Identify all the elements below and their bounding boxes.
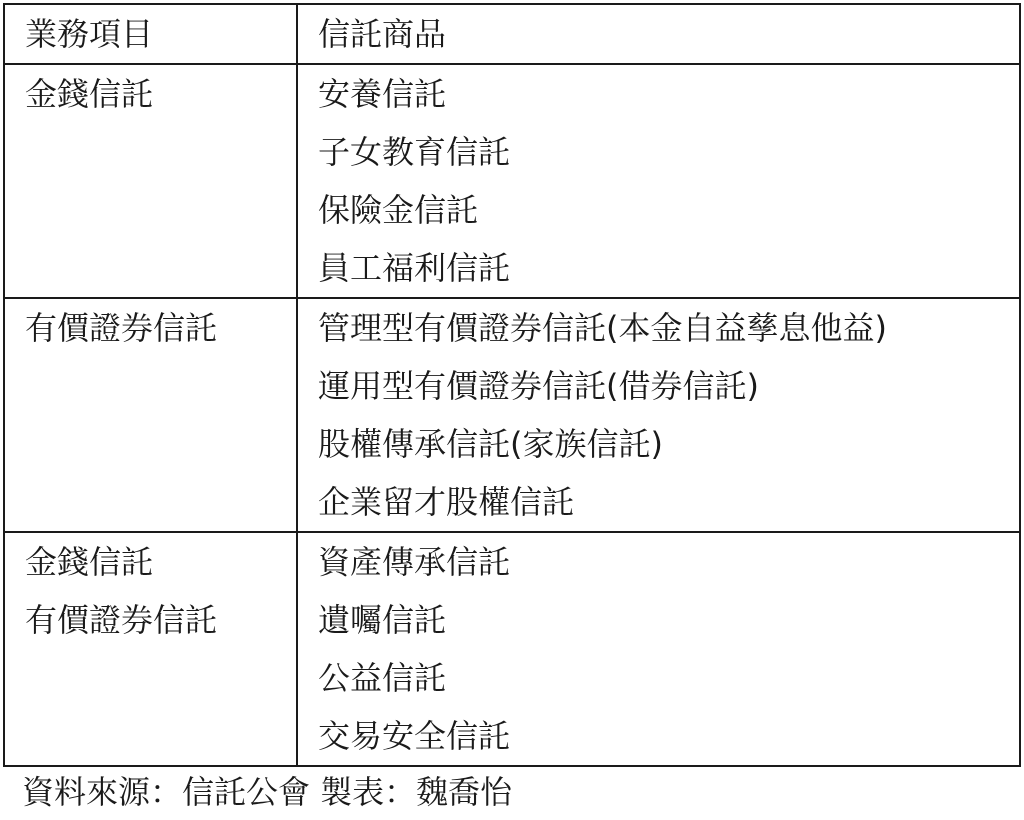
product-item: 股權傳承信託(家族信託) [318, 415, 1019, 473]
product-item: 交易安全信託 [318, 707, 1019, 765]
product-item: 企業留才股權信託 [318, 473, 1019, 531]
category-label: 有價證券信託 [25, 299, 296, 357]
product-item: 保險金信託 [318, 181, 1019, 239]
products-cell: 資產傳承信託 遺囑信託 公益信託 交易安全信託 [297, 532, 1020, 766]
table-row: 金錢信託 有價證券信託 資產傳承信託 遺囑信託 公益信託 交易安全信託 [4, 532, 1020, 766]
category-cell: 金錢信託 有價證券信託 [4, 532, 297, 766]
header-label: 信託商品 [318, 5, 1019, 63]
header-business-item: 業務項目 [4, 4, 297, 64]
product-item: 管理型有價證券信託(本金自益孳息他益) [318, 299, 1019, 357]
header-trust-products: 信託商品 [297, 4, 1020, 64]
category-label: 金錢信託 [25, 533, 296, 591]
table-header-row: 業務項目 信託商品 [4, 4, 1020, 64]
products-cell: 安養信託 子女教育信託 保險金信託 員工福利信託 [297, 64, 1020, 298]
category-cell: 有價證券信託 [4, 298, 297, 532]
product-item: 遺囑信託 [318, 591, 1019, 649]
category-label: 金錢信託 [25, 65, 296, 123]
trust-products-table: 業務項目 信託商品 金錢信託 安養信託 子女教育信託 保險金信託 員工福利信託 … [3, 3, 1021, 767]
table-row: 有價證券信託 管理型有價證券信託(本金自益孳息他益) 運用型有價證券信託(借券信… [4, 298, 1020, 532]
category-label: 有價證券信託 [25, 591, 296, 649]
product-item: 資產傳承信託 [318, 533, 1019, 591]
product-item: 安養信託 [318, 65, 1019, 123]
header-label: 業務項目 [25, 5, 296, 63]
products-cell: 管理型有價證券信託(本金自益孳息他益) 運用型有價證券信託(借券信託) 股權傳承… [297, 298, 1020, 532]
product-item: 子女教育信託 [318, 123, 1019, 181]
category-cell: 金錢信託 [4, 64, 297, 298]
table-row: 金錢信託 安養信託 子女教育信託 保險金信託 員工福利信託 [4, 64, 1020, 298]
source-caption: 資料來源：信託公會 製表：魏喬怡 [22, 764, 512, 820]
product-item: 運用型有價證券信託(借券信託) [318, 357, 1019, 415]
product-item: 公益信託 [318, 649, 1019, 707]
product-item: 員工福利信託 [318, 239, 1019, 297]
